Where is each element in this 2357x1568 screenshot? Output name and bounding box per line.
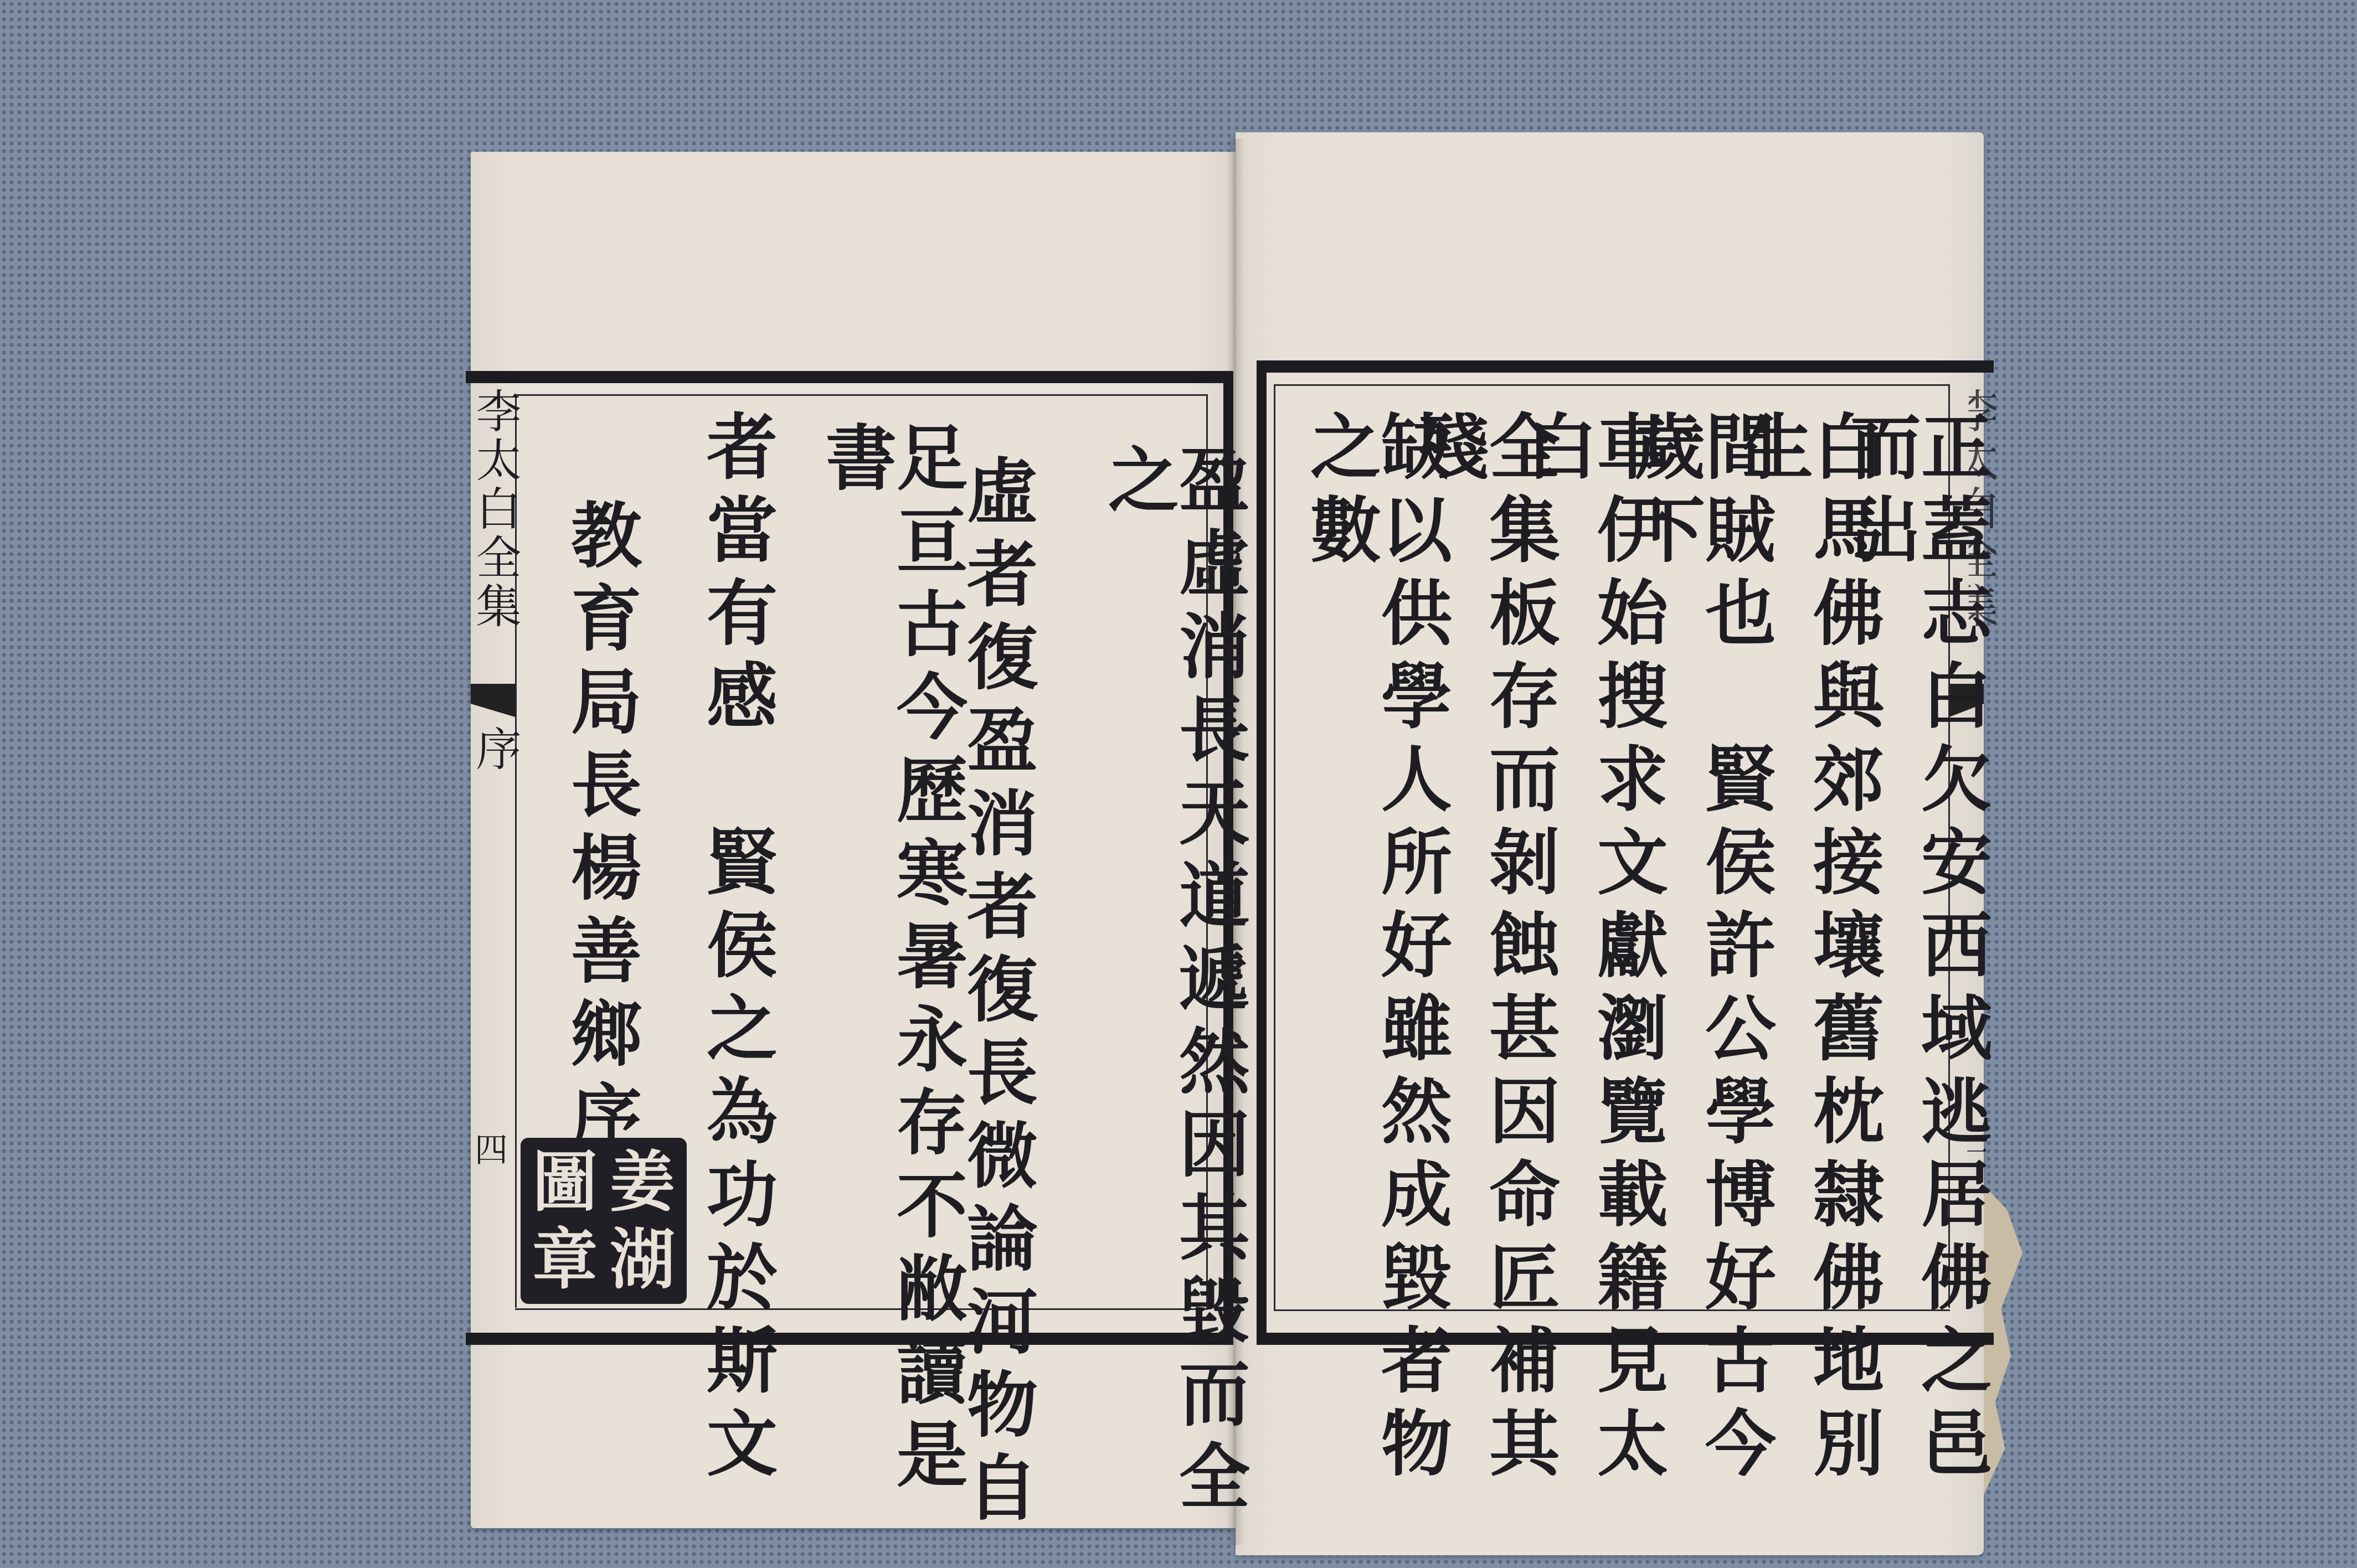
right-column-6: 缺以供學人所好雖然成毀者物之數	[1304, 410, 1446, 1568]
left-banxin-title: 李太白全集	[472, 388, 517, 631]
left-column-5-signature: 教育局長楊善鄉序	[565, 498, 636, 1163]
seal-char-jiang: 姜	[605, 1144, 680, 1220]
left-column-1: 盈虛消長天道遞然因其毀而全之	[1102, 443, 1244, 1568]
seal-char-tuo: 圖	[527, 1144, 603, 1220]
seal-stamp: 圖 姜 章 湖	[521, 1138, 687, 1304]
seal-char-hu: 湖	[605, 1222, 680, 1297]
left-banxin-section: 序	[472, 725, 517, 774]
left-column-2: 虛者復盈消者復長微論河物自	[961, 454, 1032, 1534]
left-column-3: 足亘古今歷寒暑永存不敝讀是書	[820, 421, 961, 1568]
seal-char-zhang: 章	[527, 1222, 603, 1297]
left-column-4: 者當有感 賢侯之為功於斯文	[701, 410, 771, 1489]
left-page-number: 四	[472, 1132, 505, 1169]
